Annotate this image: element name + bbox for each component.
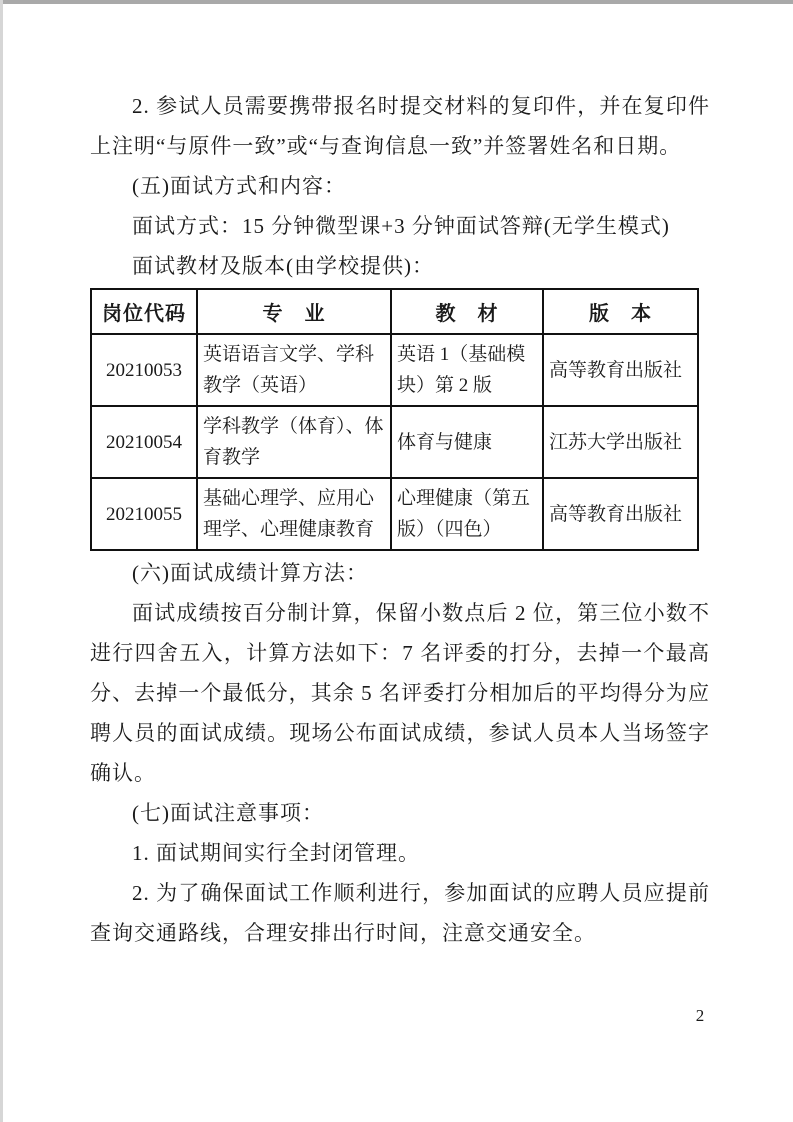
header-publisher: 版 本 [543,289,698,334]
heading-section-7: (七)面试注意事项： [90,793,710,833]
header-major: 专 业 [197,289,391,334]
paragraph-interview-format: 面试方式：15 分钟微型课+3 分钟面试答辩(无学生模式) [90,206,710,246]
paragraph-note-2: 2. 为了确保面试工作顺利进行，参加面试的应聘人员应提前查询交通路线，合理安排出… [90,873,710,953]
paragraph-copy-requirement: 2. 参试人员需要携带报名时提交材料的复印件，并在复印件上注明“与原件一致”或“… [90,86,710,166]
paragraph-score-calculation: 面试成绩按百分制计算，保留小数点后 2 位，第三位小数不进行四舍五入，计算方法如… [90,593,710,793]
cell-position-code: 20210055 [91,478,197,550]
header-position-code: 岗位代码 [91,289,197,334]
page-number: 2 [688,1006,712,1026]
page-edge-left [0,0,3,1122]
cell-major: 基础心理学、应用心理学、心理健康教育 [197,478,391,550]
cell-textbook: 英语 1（基础模块）第 2 版 [391,334,543,406]
cell-textbook: 体育与健康 [391,406,543,478]
cell-textbook: 心理健康（第五版）（四色） [391,478,543,550]
paragraph-textbook-intro: 面试教材及版本(由学校提供)： [90,246,710,286]
document-page: 2. 参试人员需要携带报名时提交材料的复印件，并在复印件上注明“与原件一致”或“… [0,0,793,1122]
cell-major: 学科教学（体育）、体育教学 [197,406,391,478]
table-row: 20210055 基础心理学、应用心理学、心理健康教育 心理健康（第五版）（四色… [91,478,698,550]
paragraph-note-1: 1. 面试期间实行全封闭管理。 [90,833,710,873]
after-table-block: (六)面试成绩计算方法： 面试成绩按百分制计算，保留小数点后 2 位，第三位小数… [90,553,710,953]
table-row: 20210053 英语语言文学、学科教学（英语） 英语 1（基础模块）第 2 版… [91,334,698,406]
cell-publisher: 高等教育出版社 [543,478,698,550]
cell-position-code: 20210053 [91,334,197,406]
document-content: 2. 参试人员需要携带报名时提交材料的复印件，并在复印件上注明“与原件一致”或“… [90,86,710,953]
heading-section-6: (六)面试成绩计算方法： [90,553,710,593]
table-row: 20210054 学科教学（体育）、体育教学 体育与健康 江苏大学出版社 [91,406,698,478]
page-edge-top [0,0,793,4]
table-header-row: 岗位代码 专 业 教 材 版 本 [91,289,698,334]
cell-major: 英语语言文学、学科教学（英语） [197,334,391,406]
textbook-table: 岗位代码 专 业 教 材 版 本 20210053 英语语言文学、学科教学（英语… [90,288,699,551]
cell-position-code: 20210054 [91,406,197,478]
cell-publisher: 高等教育出版社 [543,334,698,406]
heading-section-5: (五)面试方式和内容： [90,166,710,206]
header-textbook: 教 材 [391,289,543,334]
cell-publisher: 江苏大学出版社 [543,406,698,478]
